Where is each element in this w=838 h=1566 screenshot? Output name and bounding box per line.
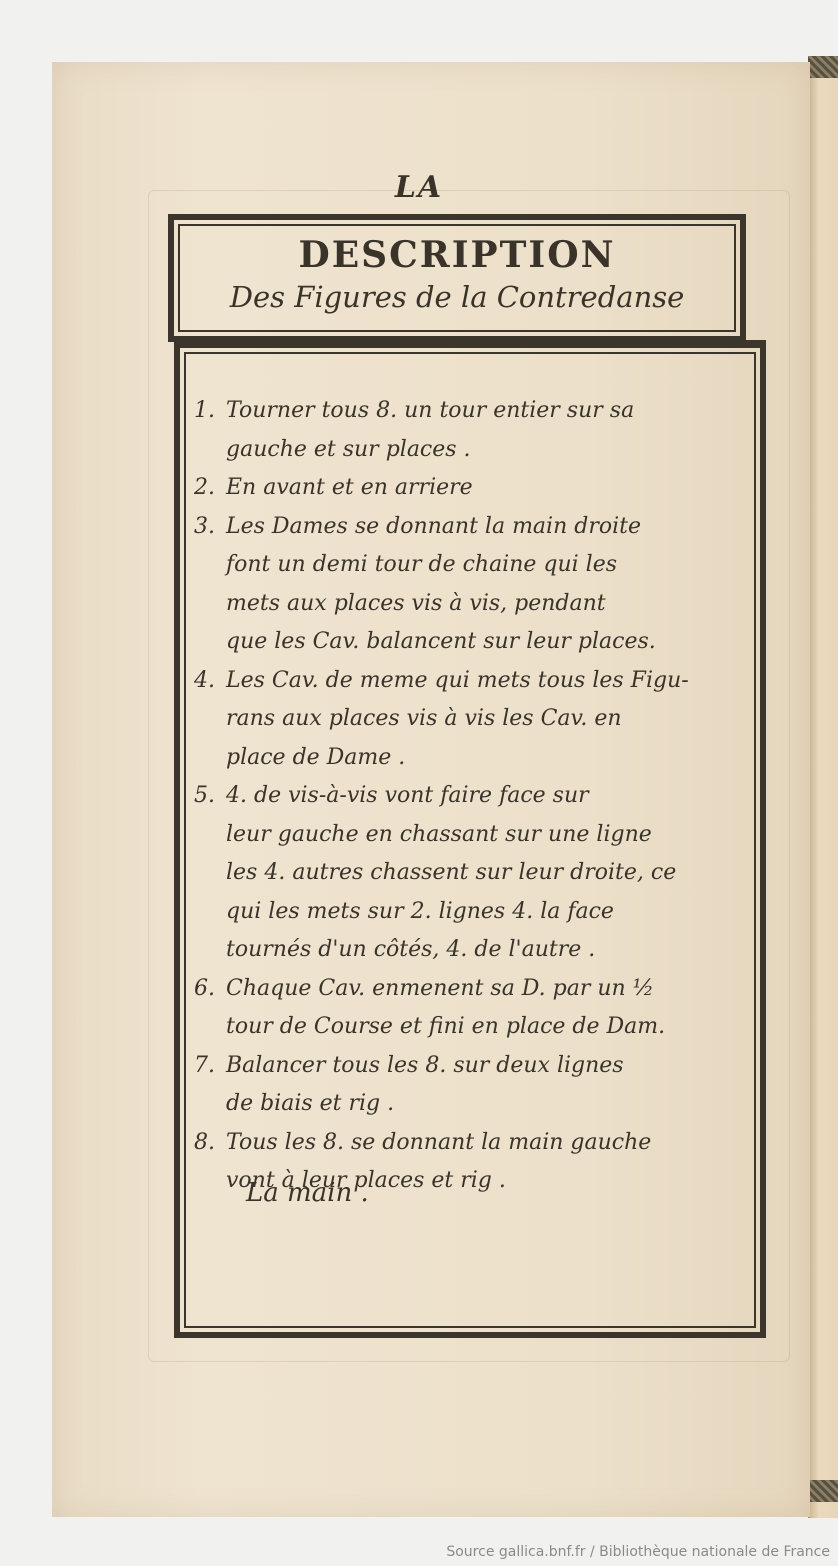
figure-line: tournés d'un côtés, 4. de l'autre . [226, 931, 754, 970]
figure-number: 1. [194, 392, 215, 431]
figures-frame: 1. Tourner tous 8. un tour entier sur sa… [174, 340, 766, 1338]
figure-number: 5. [194, 777, 215, 816]
page-heading: LA [0, 170, 838, 205]
figure-line: Les Cav. de meme qui mets tous les Figu- [226, 662, 754, 701]
figure-item-5: 5. 4. de vis-à-vis vont faire face sur l… [194, 777, 754, 970]
figure-line: mets aux places vis à vis, pendant [226, 585, 754, 624]
figure-number: 4. [194, 662, 215, 701]
facing-page-edge [808, 78, 838, 1518]
figure-number: 2. [194, 469, 215, 508]
engraver-signature: La main . [246, 1178, 369, 1208]
figure-line: Tous les 8. se donnant la main gauche [226, 1124, 754, 1163]
figure-line: 4. de vis-à-vis vont faire face sur [226, 777, 754, 816]
title-description: DESCRIPTION [174, 234, 740, 276]
figure-line: gauche et sur places . [226, 431, 754, 470]
figure-line: Les Dames se donnant la main droite [226, 508, 754, 547]
title-subtitle: Des Figures de la Contredanse [174, 280, 740, 314]
figure-line: font un demi tour de chaine qui les [226, 546, 754, 585]
title-frame: DESCRIPTION Des Figures de la Contredans… [168, 214, 746, 342]
figure-line: En avant et en arriere [226, 469, 754, 508]
figure-line: place de Dame . [226, 739, 754, 778]
figure-number: 3. [194, 508, 215, 547]
figure-line: les 4. autres chassent sur leur droite, … [226, 854, 754, 893]
figure-line: de biais et rig . [226, 1085, 754, 1124]
figure-item-7: 7. Balancer tous les 8. sur deux lignes … [194, 1047, 754, 1124]
figure-item-3: 3. Les Dames se donnant la main droite f… [194, 508, 754, 662]
figure-line: qui les mets sur 2. lignes 4. la face [226, 893, 754, 932]
binding-cloth-top [808, 56, 838, 78]
figure-number: 7. [194, 1047, 215, 1086]
source-credit: Source gallica.bnf.fr / Bibliothèque nat… [446, 1544, 830, 1560]
figure-line: Balancer tous les 8. sur deux lignes [226, 1047, 754, 1086]
figure-number: 6. [194, 970, 215, 1009]
figure-item-2: 2. En avant et en arriere [194, 469, 754, 508]
figure-item-1: 1. Tourner tous 8. un tour entier sur sa… [194, 392, 754, 469]
figure-line: tour de Course et fini en place de Dam. [226, 1008, 754, 1047]
figure-line: leur gauche en chassant sur une ligne [226, 816, 754, 855]
figure-line: que les Cav. balancent sur leur places. [226, 623, 754, 662]
figure-line: Tourner tous 8. un tour entier sur sa [226, 392, 754, 431]
figure-number: 8. [194, 1124, 215, 1163]
figure-item-6: 6. Chaque Cav. enmenent sa D. par un ½ t… [194, 970, 754, 1047]
figures-list: 1. Tourner tous 8. un tour entier sur sa… [194, 392, 754, 1201]
figure-item-4: 4. Les Cav. de meme qui mets tous les Fi… [194, 662, 754, 778]
figure-line: rans aux places vis à vis les Cav. en [226, 700, 754, 739]
figure-line: Chaque Cav. enmenent sa D. par un ½ [226, 970, 754, 1009]
